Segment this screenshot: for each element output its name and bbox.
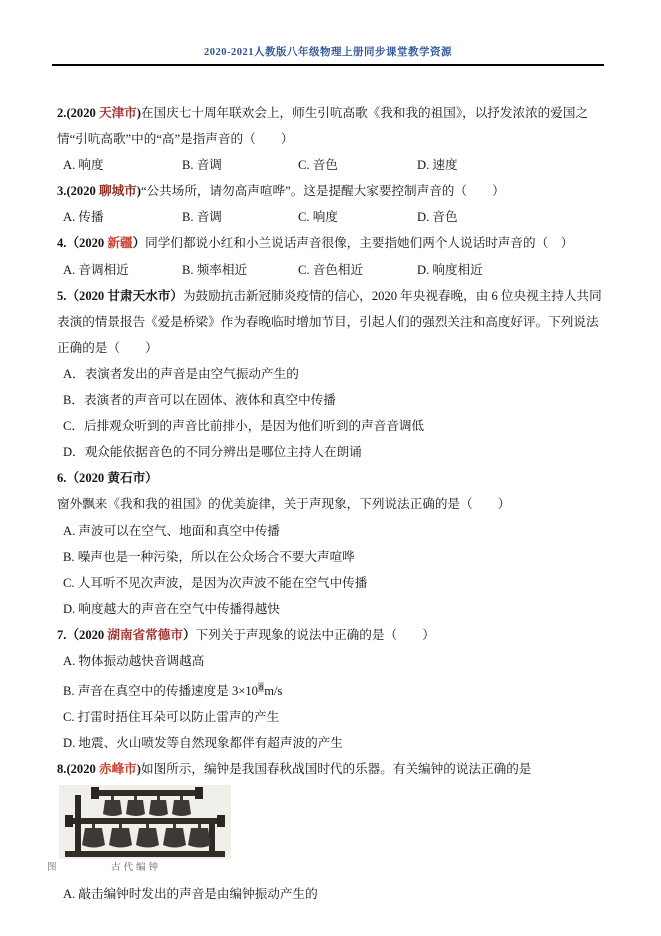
question-source: 赤峰市: [99, 762, 137, 776]
question-text: 下列关于声现象的说法中正确的是（ ）: [196, 628, 435, 642]
document-body: 2.(2020 天津市)在国庆七十周年联欢会上，师生引吭高歌《我和我的祖国》，以…: [57, 100, 606, 908]
option-b: B. 噪声也是一种污染，所以在公众场合不要大声喧哗: [57, 544, 606, 570]
option-d: D. 地震、火山喷发等自然现象都伴有超声波的产生: [57, 730, 606, 756]
option-d: D. 速度: [417, 152, 606, 178]
question-text: 如图所示，编钟是我国春秋战国时代的乐器。有关编钟的说法正确的是: [141, 762, 531, 776]
question-3: 3.(2020 聊城市)“公共场所，请勿高声喧哗”。这是提醒大家要控制声音的（ …: [57, 178, 606, 230]
option-d: D. 响度越大的声音在空气中传播得越快: [57, 596, 606, 622]
question-stem: 7.（2020 湖南省常德市）下列关于声现象的说法中正确的是（ ）: [57, 622, 606, 648]
question-source-close: ）: [133, 236, 146, 250]
option-c: C. 音色: [298, 152, 417, 178]
question-4: 4.（2020 新疆）同学们都说小红和小兰说话声音很像，主要指她们两个人说话时声…: [57, 230, 606, 282]
option-d: D. 响度相近: [417, 257, 606, 283]
option-a: A. 敲击编钟时发出的声音是由编钟振动产生的: [57, 881, 606, 907]
option-a: A. 物体振动越快音调越高: [57, 648, 606, 674]
question-5: 5.（2020 甘肃天水市）为鼓励抗击新冠肺炎疫情的信心，2020 年央视春晚，…: [57, 283, 606, 466]
page-header: 2020-2021人教版八年级物理上册同步课堂教学资源: [52, 44, 604, 66]
question-source: 天津市: [99, 106, 137, 120]
options-row: A. 音调相近 B. 频率相近 C. 音色相近 D. 响度相近: [57, 257, 606, 283]
option-a: A. 传播: [63, 204, 182, 230]
question-number: 4.（2020: [57, 236, 107, 250]
option-c: C. 响度: [298, 204, 417, 230]
option-b: B. 频率相近: [182, 257, 298, 283]
question-text: 窗外飘来《我和我的祖国》的优美旋律，关于声现象，下列说法正确的是（ ）: [57, 497, 510, 511]
question-number: 3.(2020: [57, 184, 99, 198]
options-row: A. 响度 B. 音调 C. 音色 D. 速度: [57, 152, 606, 178]
question-source-close: ）: [145, 471, 158, 485]
question-number: 8.(2020: [57, 762, 99, 776]
option-b: B. 音调: [182, 204, 298, 230]
question-number: 6.（2020: [57, 471, 107, 485]
question-source: 聊城市: [99, 184, 137, 198]
question-source: 黄石市: [107, 471, 145, 485]
question-stem: 8.(2020 赤峰市)如图所示，编钟是我国春秋战国时代的乐器。有关编钟的说法正…: [57, 756, 606, 782]
question-8: 8.(2020 赤峰市)如图所示，编钟是我国春秋战国时代的乐器。有关编钟的说法正…: [57, 756, 606, 907]
question-number: 7.（2020: [57, 628, 107, 642]
question-7: 7.（2020 湖南省常德市）下列关于声现象的说法中正确的是（ ） A. 物体振…: [57, 622, 606, 756]
question-6: 6.（2020 黄石市）窗外飘来《我和我的祖国》的优美旋律，关于声现象，下列说法…: [57, 465, 606, 622]
option-b: B. 声音在真空中的传播速度是 3×108m/s: [57, 674, 606, 704]
question-stem: 3.(2020 聊城市)“公共场所，请勿高声喧哗”。这是提醒大家要控制声音的（ …: [57, 178, 606, 204]
question-stem: 2.(2020 天津市)在国庆七十周年联欢会上，师生引吭高歌《我和我的祖国》，以…: [57, 100, 606, 152]
option-a: A．表演者发出的声音是由空气振动产生的: [57, 361, 606, 387]
question-stem: 4.（2020 新疆）同学们都说小红和小兰说话声音很像，主要指她们两个人说话时声…: [57, 230, 606, 256]
question-stem: 6.（2020 黄石市）窗外飘来《我和我的祖国》的优美旋律，关于声现象，下列说法…: [57, 465, 606, 517]
option-c: C. 人耳听不见次声波，是因为次声波不能在空气中传播: [57, 570, 606, 596]
question-number: 5.（2020: [57, 289, 107, 303]
option-d: D. 音色: [417, 204, 606, 230]
option-b: B．表演者的声音可以在固体、液体和真空中传播: [57, 387, 606, 413]
option-c: C. 音色相近: [298, 257, 417, 283]
header-title: 2020-2021人教版八年级物理上册同步课堂教学资源: [204, 47, 452, 58]
option-a: A. 声波可以在空气、地面和真空中传播: [57, 518, 606, 544]
question-source: 湖南省常德市: [107, 628, 183, 642]
option-c: C. 打雷时捂住耳朵可以防止雷声的产生: [57, 704, 606, 730]
figure-caption: 古代编钟: [111, 861, 161, 875]
option-b-unit: m/s: [264, 684, 282, 698]
question-stem: 5.（2020 甘肃天水市）为鼓励抗击新冠肺炎疫情的信心，2020 年央视春晚，…: [57, 283, 606, 361]
option-a: A. 音调相近: [63, 257, 182, 283]
question-source: 新疆: [107, 236, 132, 250]
figure-block: 图 古代编钟: [59, 785, 606, 881]
question-text: 同学们都说小红和小兰说话声音很像，主要指她们两个人说话时声音的（ ）: [145, 236, 573, 250]
question-source-close: ）: [183, 628, 196, 642]
option-b-text: B. 声音在真空中的传播速度是 3×10: [63, 684, 258, 698]
question-text: “公共场所，请勿高声喧哗”。这是提醒大家要控制声音的（ ）: [141, 184, 505, 198]
option-a: A. 响度: [63, 152, 182, 178]
question-2: 2.(2020 天津市)在国庆七十周年联欢会上，师生引吭高歌《我和我的祖国》，以…: [57, 100, 606, 178]
document-page: 2020-2021人教版八年级物理上册同步课堂教学资源 2.(2020 天津市)…: [0, 0, 661, 936]
chime-bells-image: [59, 785, 231, 859]
option-d: D．观众能依据音色的不同分辨出是哪位主持人在朗诵: [57, 439, 606, 465]
question-number: 2.(2020: [57, 106, 99, 120]
options-row: A. 传播 B. 音调 C. 响度 D. 音色: [57, 204, 606, 230]
question-source-close: ）: [170, 289, 183, 303]
option-c: C．后排观众听到的声音比前排小，是因为他们听到的声音音调低: [57, 413, 606, 439]
option-b: B. 音调: [182, 152, 298, 178]
figure-corner-label: 图: [47, 861, 57, 875]
question-source: 甘肃天水市: [107, 289, 170, 303]
